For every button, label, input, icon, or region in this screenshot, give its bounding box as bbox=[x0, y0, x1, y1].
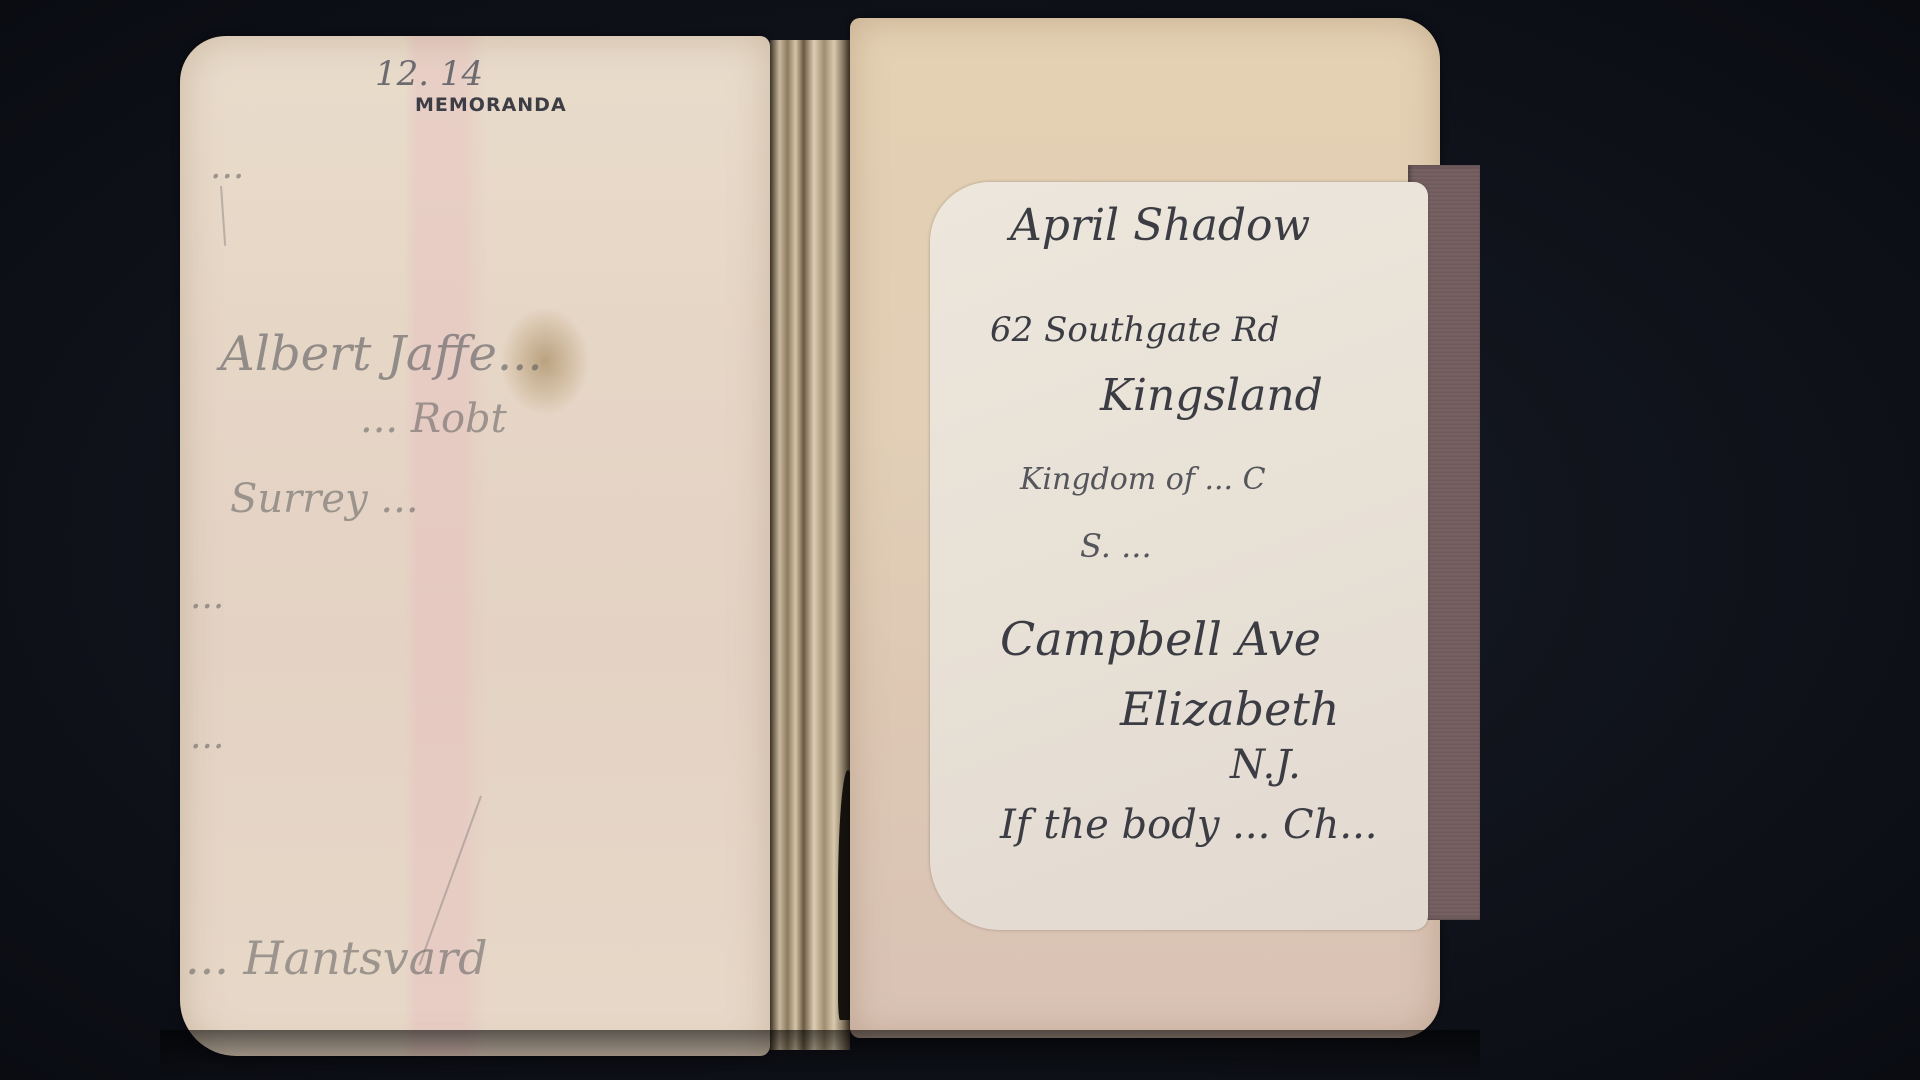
card-line-city: Elizabeth bbox=[1120, 682, 1339, 736]
pencil-stroke bbox=[220, 186, 226, 246]
faint-entry: ... Robt bbox=[360, 396, 507, 442]
date-note: 12. 14 bbox=[375, 54, 483, 94]
card-line-area: Kingsland bbox=[1100, 370, 1323, 421]
memoranda-heading: MEMORANDA bbox=[415, 94, 567, 116]
address-card: April Shadow 62 Southgate Rd Kingsland K… bbox=[930, 182, 1428, 930]
photo-scene: 12. 14 MEMORANDA ... Albert Jaffe... ...… bbox=[0, 0, 1920, 1080]
card-line-street: 62 Southgate Rd bbox=[990, 310, 1279, 350]
faint-entry: Albert Jaffe... bbox=[220, 326, 543, 382]
faint-entry: ... bbox=[190, 716, 224, 757]
card-line-note-2: S. ... bbox=[1080, 527, 1152, 565]
faint-entry: Surrey ... bbox=[230, 476, 419, 522]
faint-entry: ... bbox=[190, 576, 224, 617]
faint-entry: ... bbox=[210, 146, 244, 187]
card-line-note: Kingdom of ... C bbox=[1020, 462, 1266, 497]
bottom-shadow bbox=[160, 1030, 1480, 1080]
card-line-name: April Shadow bbox=[1010, 200, 1310, 251]
faint-entry: ... Hantsvard bbox=[185, 931, 488, 985]
card-line-avenue: Campbell Ave bbox=[1000, 612, 1321, 666]
card-line-state: N.J. bbox=[1230, 742, 1301, 788]
left-page: 12. 14 MEMORANDA ... Albert Jaffe... ...… bbox=[180, 36, 770, 1056]
card-line-footer: If the body ... Ch... bbox=[1000, 802, 1378, 848]
